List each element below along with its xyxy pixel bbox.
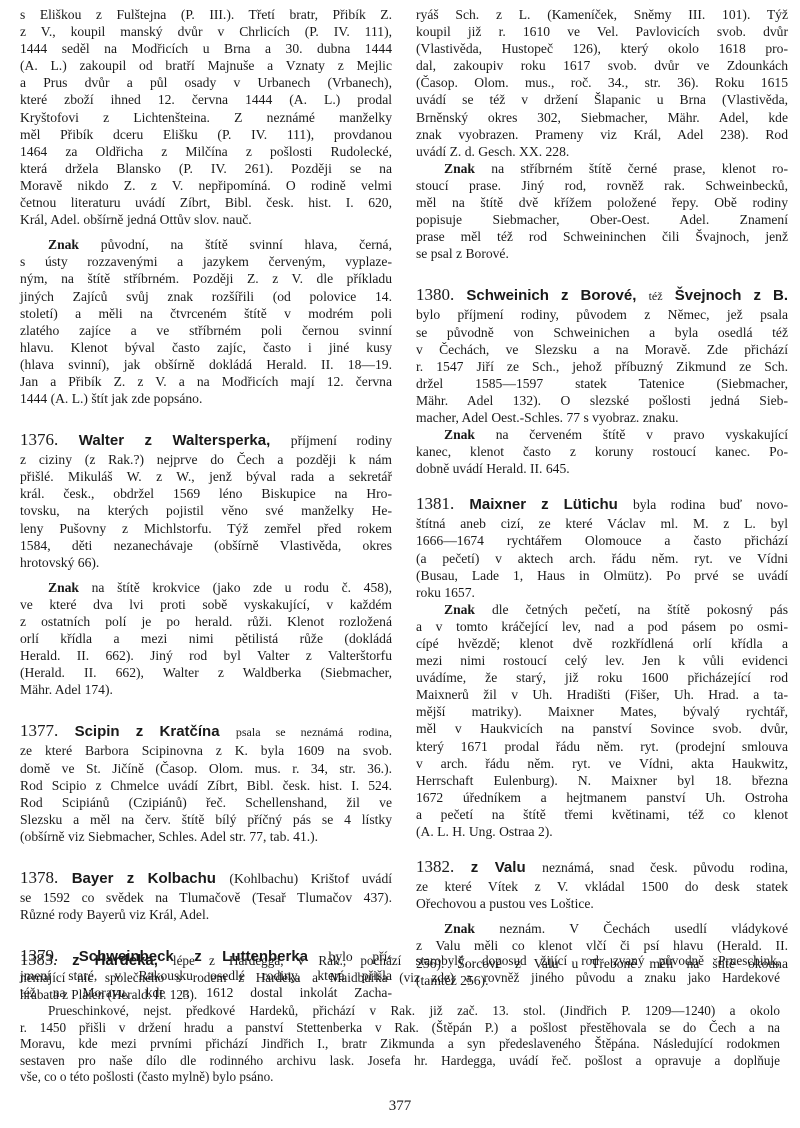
text-line: (A. L.) zakoupil od bratří Majnuše a Vzn… xyxy=(20,57,392,74)
text-line: 1444 seděl na Modřicích u Brna a 30. dub… xyxy=(20,40,392,57)
text-line: r. 1547 Jiří ze Sch., jehož příbuzný Zik… xyxy=(416,358,788,375)
text-line: popisuje Siebmacher, Ober-Oest. Adel. Zn… xyxy=(416,211,788,228)
text-line: Znak dle četných pečetí, na štítě pokosn… xyxy=(416,601,788,618)
text-line: ryáš Sch. z L. (Kameníček, Sněmy III. 10… xyxy=(416,6,788,23)
text-line: mější matriky). Maixner Mates, bývalý ry… xyxy=(416,703,788,720)
text-line: (a pečetí) v aktech arch. řádu něm. ryt.… xyxy=(416,550,788,567)
text-line: Znak původní, na štítě svinní hlava, čer… xyxy=(20,236,392,253)
left-column: s Eliškou z Fulštejna (P. III.). Třetí b… xyxy=(20,6,392,1001)
text-line: (hlava svinní), jak obšírně dokládá Hera… xyxy=(20,356,392,373)
text-line: dobně uvádí Herald. II. 645. xyxy=(416,460,788,477)
text-line: štítná aneb cizí, ze které Václav ml. M.… xyxy=(416,515,788,532)
text-line: vše, co o této pošlosti (často mylně) by… xyxy=(20,1069,780,1086)
family-name: Maixner z Lütichu xyxy=(469,496,617,513)
text-line: Mähr. Adel 132). O slezské pošlosti jedn… xyxy=(416,392,788,409)
text-line: hlavu. Klenot býval často zajíc, často i… xyxy=(20,339,392,356)
entry-1380: 1380. Schweinich z Borové, též Švejnoch … xyxy=(416,284,788,477)
text-line: leny Pušovny z Michlstorfu. Týž zemřel p… xyxy=(20,520,392,537)
text-line: ným, na štítě stříbrném. Později Z. z V.… xyxy=(20,270,392,287)
entry-1378: 1378. Bayer z Kolbachu (Kohlbachu) Krišt… xyxy=(20,867,392,923)
text-line: z ciziny (z Rak.?) nejprve do Čech a poz… xyxy=(20,451,392,468)
znak-label: Znak xyxy=(444,602,475,617)
family-name: Scipin z Kratčína xyxy=(75,723,220,740)
text-line: bylo příjmení rodiny, původem z Němec, j… xyxy=(416,306,788,323)
text-line: ve které dva lvi proti sobě vyskakující,… xyxy=(20,596,392,613)
text-line: 1444 (A. L.) štít jak zde popsáno. xyxy=(20,390,392,407)
text-line: se 1592 co svědek na Tlumačově (Tesař Tl… xyxy=(20,889,392,906)
text-line: nemající nic společného s rodem z Hardek… xyxy=(20,970,780,987)
page-number: 377 xyxy=(0,1098,800,1115)
text-line: který 1671 prodal řádu něm. ryt. (prodej… xyxy=(416,738,788,755)
text-line: měl Přibík dceru Elišku (P. IV. 111), pr… xyxy=(20,126,392,143)
text-line: Kryštofovi z Lichtenšteina. Z neznámé ma… xyxy=(20,109,392,126)
znak-label: Znak xyxy=(444,427,475,442)
text-line: Herrschaft Eulenburg). N. Maixner byl 18… xyxy=(416,772,788,789)
text-line: Různé rody Bayerů viz Král, Adel. xyxy=(20,906,392,923)
text-line: uvádí Z. d. Gesch. XX. 228. xyxy=(416,143,788,160)
entry-1383: 1383. z Hardeka, lépe z Hardegga, v Rak.… xyxy=(20,950,780,1086)
text-line: jiných Zajíců svůj znak rozšířili (od po… xyxy=(20,288,392,305)
family-name: Walter z Waltersperka, xyxy=(79,432,270,449)
coat-of-arms-paragraph: Znak původní, na štítě svinní hlava, čer… xyxy=(20,236,392,407)
znak-label: Znak xyxy=(444,921,475,936)
entry-1376: 1376. Walter z Waltersperka, příjmení ro… xyxy=(20,429,392,698)
entry-heading: 1378. Bayer z Kolbachu (Kohlbachu) Krišt… xyxy=(20,867,392,889)
text-line: uvádíme, že starý, již roku 1600 přicház… xyxy=(416,669,788,686)
znak-label: Znak xyxy=(48,237,79,252)
text-line: 1584, děti nezanechávaje (obšírně Vlasti… xyxy=(20,537,392,554)
text-line: znak vyobrazen. Prameny viz Král, Adel 2… xyxy=(416,126,788,143)
text-line: macher, Adel Oest.-Schles. 77 s vyobraz.… xyxy=(416,409,788,426)
right-column: ryáš Sch. z L. (Kameníček, Sněmy III. 10… xyxy=(416,6,788,989)
text-line: s Eliškou z Fulštejna (P. III.). Třetí b… xyxy=(20,6,392,23)
entry-heading: 1383. z Hardeka, lépe z Hardegga, v Rak.… xyxy=(20,950,780,970)
entry-1381: 1381. Maixner z Lütichu byla rodina buď … xyxy=(416,493,788,840)
text-line: (A. L. H. Ung. Ostraa 2). xyxy=(416,823,788,840)
text-line: Znak na štítě krokvice (jako zde u rodu … xyxy=(20,579,392,596)
family-name: Bayer z Kolbachu xyxy=(72,870,216,887)
text-line: (Herald. II. 662), Walter z Waldberka (S… xyxy=(20,664,392,681)
text-line: která držela Blansko (P. IV. 261). Pozdě… xyxy=(20,160,392,177)
text-line: Maixnerů žil v Uh. Hradišti (Fišer, Uh. … xyxy=(416,686,788,703)
text-line: se psal z Borové. xyxy=(416,245,788,262)
text-line: z ostatních polí je po herald. růži. Kle… xyxy=(20,613,392,630)
znak-label: Znak xyxy=(48,580,79,595)
continuation-paragraph: ryáš Sch. z L. (Kameníček, Sněmy III. 10… xyxy=(416,6,788,160)
family-name: z Valu xyxy=(471,859,526,876)
text-line: (Vlastivěda, Hustopeč 126), který okolo … xyxy=(416,40,788,57)
text-line: Slezsku a měl na červ. štítě bílý příčný… xyxy=(20,811,392,828)
text-line: v Čechách, ve Slezsku a na Moravě. Zde p… xyxy=(416,341,788,358)
text-line: 1464 za Oldřicha z Milčína z pošlosti Ru… xyxy=(20,143,392,160)
text-line: Jan a Přibík Z. z V. a na Modřicích mají… xyxy=(20,373,392,390)
text-line: ze které Barbora Scipinovna z K. byla 16… xyxy=(20,742,392,759)
text-line: Rod Scipiánů (Czipiánů) řeč. Schellensha… xyxy=(20,794,392,811)
text-line: (obšírně viz Siebmacher, Schles. Adel st… xyxy=(20,828,392,845)
text-line: Moravu, kde mezi prvními přichází Jindři… xyxy=(20,1036,780,1053)
entry-heading: 1376. Walter z Waltersperka, příjmení ro… xyxy=(20,429,392,451)
text-line: Brněnský okres 302, Siebmacher, Mähr. Ad… xyxy=(416,109,788,126)
text-line: 1666—1674 rychtářem Olomouce a často při… xyxy=(416,532,788,549)
text-line: Moravě nikdo Z. z V. nepřipomíná. O rodi… xyxy=(20,177,392,194)
text-line: Znak na stříbrném štítě černé prase, kle… xyxy=(416,160,788,177)
znak-label: Znak xyxy=(444,161,475,176)
text-line: Herald. II. 662). Jiný rod byl Valter z … xyxy=(20,647,392,664)
text-line: Mähr. Adel 174). xyxy=(20,681,392,698)
text-line: hrabata z Plaien (Herald. II. 123). xyxy=(20,987,780,1004)
text-line: koupil již r. 1610 ve Vel. Pavlovicích s… xyxy=(416,23,788,40)
text-line: století) a měli na čtvrceném štítě v mod… xyxy=(20,305,392,322)
text-line: a v tomto kráčející lev, nad a pod pásem… xyxy=(416,618,788,635)
text-line: kanec, klenot často z koruny rostoucí ka… xyxy=(416,443,788,460)
text-line: z V., koupil manský dvůr v Chrlicích (P.… xyxy=(20,23,392,40)
intro-paragraph: s Eliškou z Fulštejna (P. III.). Třetí b… xyxy=(20,6,392,228)
family-name: z Hardeka, xyxy=(72,952,158,969)
text-line: ze které Vítek z V. vkládal 1500 do desk… xyxy=(416,878,788,895)
entry-heading: 1377. Scipin z Kratčína psala se neznámá… xyxy=(20,720,392,742)
text-line: držel 1585—1597 statek Tatenice (Siebmac… xyxy=(416,375,788,392)
text-line: v arch. řádu něm. ryt. ve Vídni, akta Ha… xyxy=(416,755,788,772)
text-line: tovsku, na kterých pojistil věno své man… xyxy=(20,502,392,519)
text-line: (Časop. Olom. mus., roč. 34., str. 36). … xyxy=(416,74,788,91)
text-line: četnou literaturu uvádí Zíbrt, Bibl. čes… xyxy=(20,194,392,211)
text-line: měl v Haukvicích na panství Sovince svob… xyxy=(416,720,788,737)
text-line: domě ve St. Jičíně (Časop. Olom. mus. r.… xyxy=(20,760,392,777)
text-line: přišlé. Mikuláš W. z W., jenž býval rada… xyxy=(20,468,392,485)
text-line: a pečetí na štítě třemi květinami, též c… xyxy=(416,806,788,823)
text-line: (Busau, Lade 1, Haus in Olmütz). Po prvé… xyxy=(416,567,788,584)
text-line: sestaven pro naše dílo dle rodinného arc… xyxy=(20,1053,780,1070)
text-line: a Prus dvůr a půl osady v Urbanech (Vrba… xyxy=(20,74,392,91)
text-line: Znak neznám. V Čechách usedlí vládykové xyxy=(416,920,788,937)
text-line: mezi nimi rostoucí celý lev. Jen k vůli … xyxy=(416,652,788,669)
text-line: Rod Scipio z Chmelce uvádí Zíbrt, Bibl. … xyxy=(20,777,392,794)
text-line: Král, Adel. obšírně jedná Ottův slov. na… xyxy=(20,211,392,228)
text-line: roku 1657. xyxy=(416,584,788,601)
entry-heading: 1380. Schweinich z Borové, též Švejnoch … xyxy=(416,284,788,306)
text-line: Ořechovou a pustou ves Loštice. xyxy=(416,895,788,912)
entry-1377: 1377. Scipin z Kratčína psala se neznámá… xyxy=(20,720,392,845)
family-name-alt: Švejnoch z B. xyxy=(675,287,788,304)
text-line: dal, zakoupiv roku 1617 svob. dvůr ve Zd… xyxy=(416,57,788,74)
coat-of-arms-paragraph: Znak na stříbrném štítě černé prase, kle… xyxy=(416,160,788,263)
text-line: se původně von Schweinichen a byla osedl… xyxy=(416,324,788,341)
text-line: hrotovský 66). xyxy=(20,554,392,571)
text-line: měl na štítě dvě křížem položené řepy. O… xyxy=(416,194,788,211)
text-line: král. česk., obdržel 1569 léno Biskupice… xyxy=(20,485,392,502)
text-line: zlatého zajíce a ve stříbrném poli černo… xyxy=(20,322,392,339)
text-line: Prueschinkové, nejst. předkové Hardeků, … xyxy=(20,1003,780,1020)
text-line: stoucí prase. Jiný rod, rovněž rak. Schw… xyxy=(416,177,788,194)
text-line: s ústy rozzavenými a jazykem červeným, v… xyxy=(20,253,392,270)
text-line: uvádí se též v držení Šlapanic u Brna (V… xyxy=(416,91,788,108)
text-line: Znak na červeném štítě v pravo vyskakují… xyxy=(416,426,788,443)
text-line: cípé hvězdě; klenot dvě rozkřídlená orlí… xyxy=(416,635,788,652)
entry-heading: 1381. Maixner z Lütichu byla rodina buď … xyxy=(416,493,788,515)
text-line: prase měl též rod Schweininchen čili Šva… xyxy=(416,228,788,245)
text-line: 1672 úředníkem a hejtmanem panství Uh. O… xyxy=(416,789,788,806)
text-line: které zboží ihned 12. června 1444 (A. L.… xyxy=(20,91,392,108)
entry-heading: 1382. z Valu neznámá, snad česk. původu … xyxy=(416,856,788,878)
text-line: r. 1450 přišli v držení hradu a panství … xyxy=(20,1020,780,1037)
family-name: Schweinich z Borové, xyxy=(466,287,636,304)
text-line: orlí křídla a mezi nimi pětilistá růže (… xyxy=(20,630,392,647)
